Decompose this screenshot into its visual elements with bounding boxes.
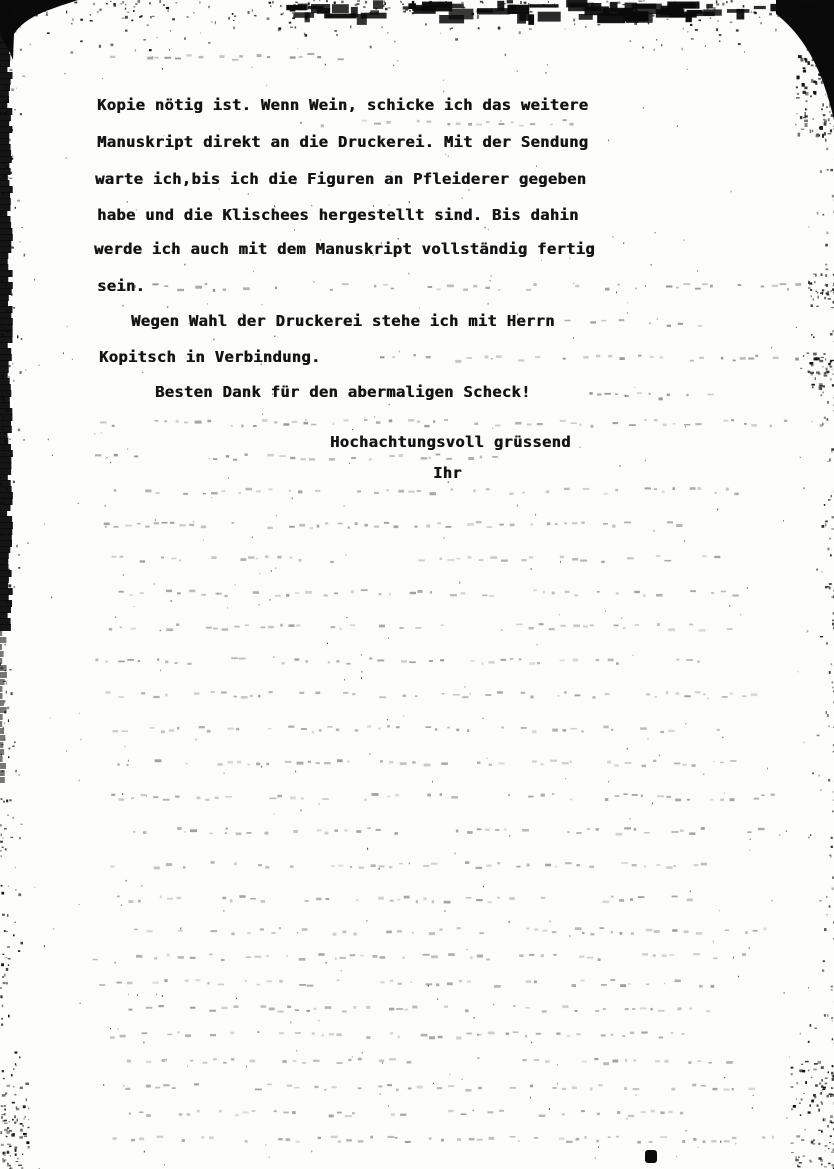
scan-edge-top-right <box>776 0 834 120</box>
letter-body-line: warte ich,bis ich die Figuren an Pfleide… <box>95 170 586 188</box>
letter-body-line: Manuskript direkt an die Druckerei. Mit … <box>97 133 588 151</box>
letter-body-line: Wegen Wahl der Druckerei stehe ich mit H… <box>131 312 555 330</box>
ink-blot <box>645 1150 657 1163</box>
letter-body-line: Kopitsch in Verbindung. <box>99 348 321 366</box>
letter-body-line: sein. <box>97 277 145 295</box>
letter-body-line: Kopie nötig ist. Wenn Wein, schicke ich … <box>97 96 588 114</box>
scanned-letter-page: Kopie nötig ist. Wenn Wein, schicke ich … <box>0 0 834 1169</box>
letter-body-line: habe und die Klischees hergestellt sind.… <box>97 206 579 224</box>
letter-body-line: Besten Dank für den abermaligen Scheck! <box>155 383 531 401</box>
scan-edge-top-left <box>0 0 78 60</box>
closing-signature: Ihr <box>433 464 462 482</box>
closing-salutation: Hochachtungsvoll grüssend <box>330 433 571 451</box>
letter-body-line: werde ich auch mit dem Manuskript vollst… <box>94 240 595 258</box>
